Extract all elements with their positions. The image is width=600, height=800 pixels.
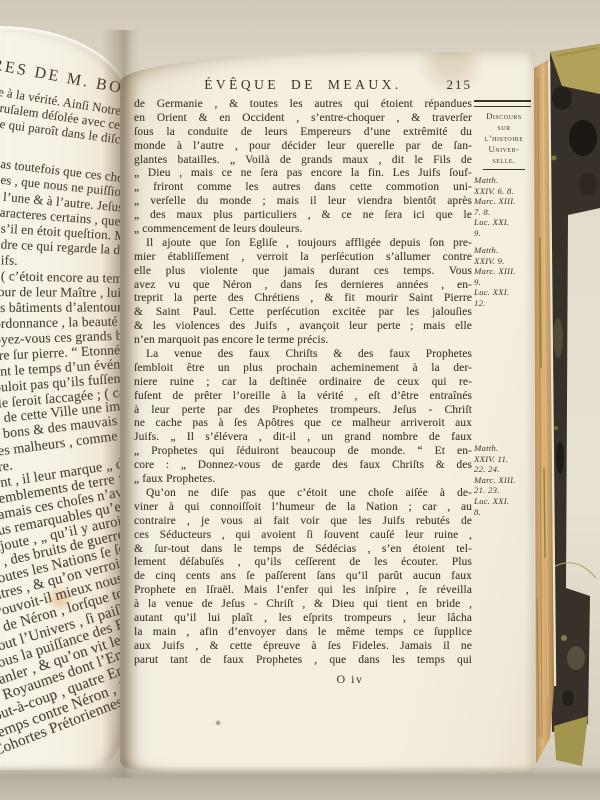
body-line: glantes batailles. „ Voilà de grands mau… — [134, 154, 472, 168]
scripture-ref-line: 9. — [474, 228, 534, 239]
body-line: contraire , je vous ai fait voir que les… — [134, 515, 472, 529]
scripture-ref-line: 8. — [474, 507, 516, 518]
scripture-ref-line: XXIV. 6. 8. — [474, 186, 534, 197]
scripture-ref-line: Matth. — [474, 443, 516, 454]
margin-title-line: Univer- — [474, 144, 534, 155]
scripture-ref-line: 22. 24. — [474, 464, 516, 475]
body-line: Il ajoute que ſon Egliſe , toujours affl… — [134, 237, 472, 251]
body-line: à la venue de Jeſus - Chriſt , & Dieu qu… — [134, 598, 472, 612]
scripture-ref-line: Marc. XIII. — [474, 196, 534, 207]
body-line: elle plus violente que jamais durant ces… — [134, 265, 472, 279]
body-line: Juifs. „ Il s’élévera , dit-il , un gran… — [134, 431, 472, 445]
body-line: & les violences des Juifs , avançoit leu… — [134, 320, 472, 334]
single-rule — [483, 169, 525, 170]
scripture-ref-line: XXIV. 9. — [474, 256, 516, 267]
right-page: ÉVÊQUE DE MEAUX. 215 de Germanie , & tou… — [120, 52, 534, 775]
body-line: „ Dieu , mais ce ne ſera pas encore la f… — [134, 167, 472, 181]
body-line: viner à qui connoiſſoit l’humeur de la N… — [134, 501, 472, 515]
body-line: avez vu que Néron , dans ſes dernieres a… — [134, 279, 472, 293]
book-edge — [528, 38, 600, 783]
body-line: „ faux Prophetes. — [134, 473, 472, 487]
left-page-text: re à la vérité. Ainſi Notre Seéruſalem d… — [0, 26, 130, 770]
body-line: & Saint Paul. Cette perſécution excitée … — [134, 306, 472, 320]
body-line: de Germanie , & toutes les autres qui ét… — [134, 98, 472, 112]
body-line: Prophete en Iſraël. Mais l’enfer qui les… — [134, 584, 472, 598]
book-photo: RES DE M. BOSSU re à la vérité. Ainſi No… — [0, 0, 600, 800]
double-rule — [474, 100, 531, 107]
scripture-ref-line: Luc. XXI. — [474, 287, 516, 298]
scripture-ref-line: 21. 23. — [474, 485, 516, 496]
series-title-block: Discourssurl’histoireUniver-selle. Matth… — [474, 100, 534, 239]
scripture-ref-line: Marc. XIII. — [474, 266, 516, 277]
body-line: ne cache pas à ſes Apôtres que ce malheu… — [134, 417, 472, 431]
left-page: RES DE M. BOSSU re à la vérité. Ainſi No… — [0, 26, 130, 770]
body-line: „ verſelle du monde ; mais il leur viend… — [134, 195, 472, 209]
body-text: de Germanie , & toutes les autres qui ét… — [134, 98, 472, 668]
body-line: & ſur-tout dans le temps de Sédécias , s… — [134, 543, 472, 557]
body-line: Qu’on ne diſe pas que c’étoit une choſe … — [134, 487, 472, 501]
body-line: mier établiſſement , verroit la perſécut… — [134, 251, 472, 265]
scripture-ref-block: Matth.XXIV. 6. 8.Marc. XIII.7. 8.Luc. XX… — [474, 175, 534, 239]
scripture-ref-line: Marc. XIII. — [474, 475, 516, 486]
body-line: „ des maux plus particuliers , & ce ne ſ… — [134, 209, 472, 223]
margin-title-line: sur — [474, 122, 534, 133]
margin-running-title: Discourssurl’histoireUniver-selle. — [474, 111, 534, 166]
body-line: „ Prophetes qui ſéduiront beaucoup de mo… — [134, 445, 472, 459]
body-line: ces Séducteurs , qui avoient ſi ſouvent … — [134, 529, 472, 543]
bottom-shadow — [0, 766, 600, 800]
body-line: parut tant de faux Prophetes , que dans … — [134, 654, 472, 668]
body-line: ſembloit être un plus prochain acheminem… — [134, 362, 472, 376]
body-line: lement déſabuſés , qu’ils ceſſerent de l… — [134, 556, 472, 570]
body-line: „ friront comme les autres dans cette co… — [134, 181, 472, 195]
page-number: 215 — [447, 77, 473, 93]
scripture-ref-line: 9. — [474, 277, 516, 288]
scripture-ref-block: Matth.XXIV. 9.Marc. XIII.9.Luc. XXI.12. — [474, 245, 516, 309]
body-line: niere ruine ; car la deſtinée ordinaire … — [134, 376, 472, 390]
body-line: à leur perte par des Prophetes trompeurs… — [134, 404, 472, 418]
signature-mark: O iv — [320, 672, 380, 687]
body-line: autant qu’il lui plaît , les eſprits tro… — [134, 612, 472, 626]
scripture-ref-line: Luc. XXI. — [474, 496, 516, 507]
body-line: en Orient & en Occident , s’entre-choque… — [134, 112, 472, 126]
body-line: de cinq cents ans ſe paſſerent ſans qu’i… — [134, 570, 472, 584]
scripture-ref-line: XXIV. 11. — [474, 454, 516, 465]
scripture-ref-line: Matth. — [474, 175, 534, 186]
body-line: aux Juifs , & cette épreuve à ſes Fidele… — [134, 640, 472, 654]
scripture-ref-line: 7. 8. — [474, 207, 534, 218]
margin-title-line: selle. — [474, 155, 534, 166]
body-line: „ commencement de leurs douleurs. — [134, 223, 472, 237]
scripture-ref-line: Luc. XXI. — [474, 217, 534, 228]
body-line: fuſent de prêter l’oreille à la vérité ,… — [134, 390, 472, 404]
body-line: core : „ Donnez-vous de garde des faux C… — [134, 459, 472, 473]
body-line: treprit la perte des Chrétiens , & fit m… — [134, 292, 472, 306]
body-line: n’en marquoit pas encore le terme précis… — [134, 334, 472, 348]
running-title: ÉVÊQUE DE MEAUX. — [134, 77, 472, 93]
scripture-ref-block: Matth.XXIV. 11.22. 24.Marc. XIII.21. 23.… — [474, 443, 516, 517]
body-line: la main , afin d’envoyer dans le même te… — [134, 626, 472, 640]
body-line: La venue des faux Chriſts & des faux Pro… — [134, 348, 472, 362]
margin-title-line: l’histoire — [474, 133, 534, 144]
body-line: monde à l’autre , pour décider leur quer… — [134, 140, 472, 154]
body-line: ſous la conduite de leurs Empereurs d’un… — [134, 126, 472, 140]
scripture-ref-line: Matth. — [474, 245, 516, 256]
scripture-ref-line: 12. — [474, 298, 516, 309]
margin-title-line: Discours — [474, 111, 534, 122]
